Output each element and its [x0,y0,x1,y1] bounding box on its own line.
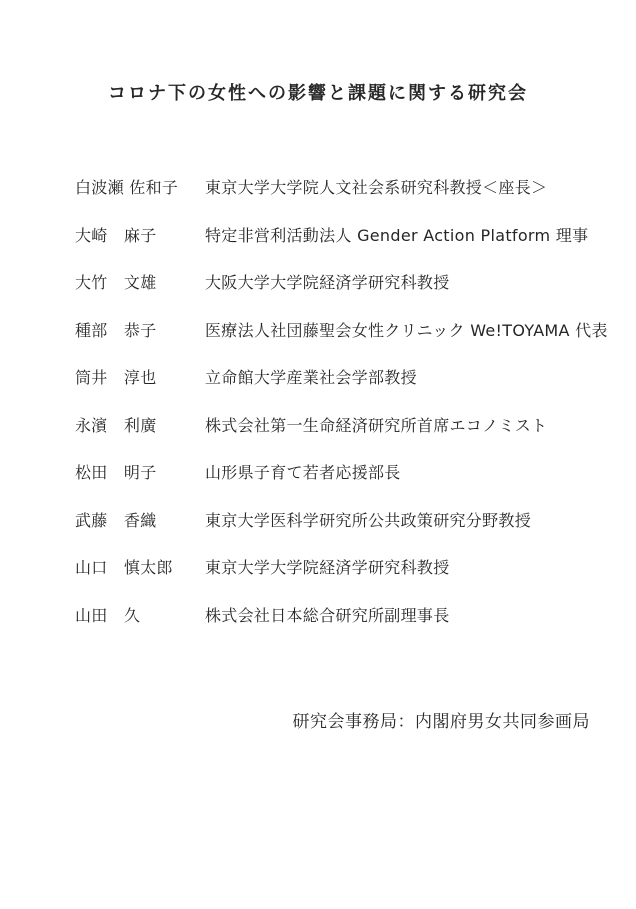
member-row: 筒井 淳也 立命館大学産業社会学部教授 [75,369,606,386]
member-affiliation: 東京大学大学院人文社会系研究科教授＜座長＞ [205,179,547,196]
member-row: 松田 明子 山形県子育て若者応援部長 [75,464,606,481]
member-affiliation: 特定非営利活動法人 Gender Action Platform 理事 [205,227,588,244]
member-row: 大竹 文雄 大阪大学大学院経済学研究科教授 [75,274,606,291]
secretariat-note: 研究会事務局：内閣府男女共同参画局 [293,707,591,732]
member-name: 大崎 麻子 [75,227,205,244]
document-title: コロナ下の女性への影響と課題に関する研究会 [0,79,636,105]
member-row: 永濱 利廣 株式会社第一生命経済研究所首席エコノミスト [75,417,606,434]
member-name: 永濱 利廣 [75,417,205,434]
member-affiliation: 株式会社第一生命経済研究所首席エコノミスト [205,417,547,434]
member-affiliation: 医療法人社団藤聖会女性クリニック We!TOYAMA 代表 [205,322,608,339]
member-name: 山口 慎太郎 [75,559,205,576]
member-name: 松田 明子 [75,464,205,481]
member-list: 白波瀬 佐和子 東京大学大学院人文社会系研究科教授＜座長＞ 大崎 麻子 特定非営… [75,179,606,654]
member-name: 山田 久 [75,607,205,624]
member-name: 武藤 香織 [75,512,205,529]
member-affiliation: 東京大学医科学研究所公共政策研究分野教授 [205,512,531,529]
member-affiliation: 東京大学大学院経済学研究科教授 [205,559,450,576]
member-row: 山田 久 株式会社日本総合研究所副理事長 [75,607,606,624]
document-page: コロナ下の女性への影響と課題に関する研究会 白波瀬 佐和子 東京大学大学院人文社… [0,0,636,909]
member-name: 種部 恭子 [75,322,205,339]
member-row: 武藤 香織 東京大学医科学研究所公共政策研究分野教授 [75,512,606,529]
member-affiliation: 株式会社日本総合研究所副理事長 [205,607,450,624]
member-row: 白波瀬 佐和子 東京大学大学院人文社会系研究科教授＜座長＞ [75,179,606,196]
member-row: 山口 慎太郎 東京大学大学院経済学研究科教授 [75,559,606,576]
member-name: 大竹 文雄 [75,274,205,291]
member-name: 白波瀬 佐和子 [75,179,205,196]
member-affiliation: 立命館大学産業社会学部教授 [205,369,417,386]
member-row: 大崎 麻子 特定非営利活動法人 Gender Action Platform 理… [75,227,606,244]
member-row: 種部 恭子 医療法人社団藤聖会女性クリニック We!TOYAMA 代表 [75,322,606,339]
member-affiliation: 大阪大学大学院経済学研究科教授 [205,274,450,291]
member-name: 筒井 淳也 [75,369,205,386]
member-affiliation: 山形県子育て若者応援部長 [205,464,401,481]
